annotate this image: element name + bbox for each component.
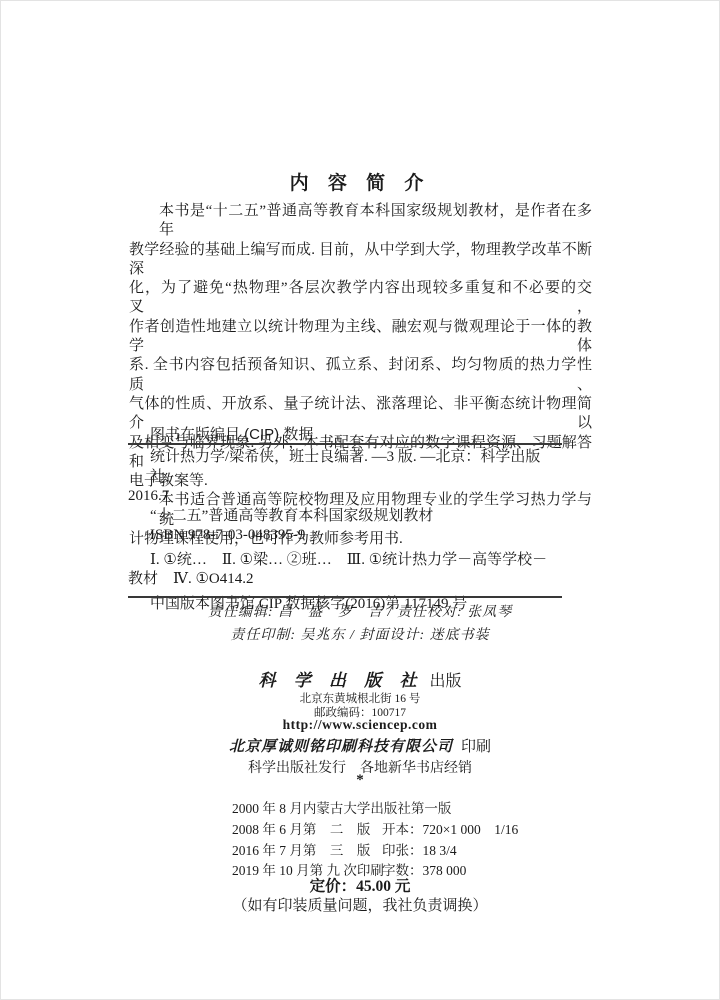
publisher-website: http://www.sciencep.com (0, 717, 720, 733)
intro-line: 作者创造性地建立以统计物理为主线、融宏观与微观理论于一体的教学体 (129, 318, 592, 357)
intro-line: 教学经验的基础上编写而成. 目前，从中学到大学，物理教学改革不断深 (129, 241, 592, 280)
cip-heading: 图书在版编目 (CIP) 数据 (150, 423, 313, 444)
edition-left: 2008 年 6 月第 二 版 (232, 822, 370, 837)
cip-line: 统计热力学/梁希侠，班士良编著. —3 版. —北京：科学出版社， (128, 448, 568, 487)
cip-rule-bottom (128, 596, 562, 598)
printer-name: 北京厚诚则铭印刷科技有限公司 (229, 739, 453, 755)
edition-right: 开本：720×1 000 1/16 (382, 818, 518, 838)
printer-line: 北京厚诚则铭印刷科技有限公司印刷 (0, 735, 720, 756)
page-title: 内 容 简 介 (0, 168, 720, 195)
cip-data-block: 统计热力学/梁希侠，班士良编著. —3 版. —北京：科学出版社， 2016.7… (128, 448, 568, 614)
book-copyright-page: 内 容 简 介 本书是“十二五”普通高等教育本科国家级规划教材，是作者在多年 教… (0, 0, 720, 1000)
intro-line: 系. 全书内容包括预备知识、孤立系、封闭系、均匀物质的热力学性质、 (129, 356, 592, 395)
edition-right: 印张：18 3/4 (382, 839, 457, 859)
quality-note: （如有印装质量问题，我社负责调换） (0, 894, 720, 915)
cip-line: “十二五”普通高等教育本科国家级规划教材 (128, 507, 568, 527)
intro-line: 本书是“十二五”普通高等教育本科国家级规划教材，是作者在多年 (129, 202, 592, 241)
edition-row: 2016 年 7 月第 三 版印张：18 3/4 (232, 839, 592, 859)
staff-print-line: 责任印制: 吴兆东 / 封面设计: 迷底书装 (0, 624, 720, 644)
edition-left: 2016 年 7 月第 三 版 (232, 843, 370, 858)
publisher-name: 科 学 出 版 社 (258, 671, 423, 690)
publish-suffix-label: 出版 (429, 673, 461, 690)
cip-classification-line: 教材 Ⅳ. ①O414.2 (128, 570, 568, 590)
intro-line: 化，为了避免“热物理”各层次教学内容出现较多重复和不必要的交叉， (129, 279, 592, 318)
staff-editors-line: 责任编辑: 昌 盛 罗 吉 / 责任校对: 张凤琴 (0, 601, 720, 621)
edition-row: 2008 年 6 月第 二 版开本：720×1 000 1/16 (232, 818, 592, 838)
printer-suffix-label: 印刷 (461, 739, 491, 755)
edition-row: 2000 年 8 月内蒙古大学出版社第一版 (232, 797, 592, 817)
separator-asterisk: * (0, 772, 720, 789)
cip-line: 2016.7 (128, 487, 568, 507)
cip-rule-top (128, 443, 562, 445)
cip-isbn-line: ISBN 978-7-03-048395-9 (128, 526, 568, 546)
price-line: 定价：45.00 元 (0, 874, 720, 896)
cip-classification-line: Ⅰ. ①统… Ⅱ. ①梁… ②班… Ⅲ. ①统计热力学－高等学校－ (128, 551, 568, 571)
publisher-name-line: 科 学 出 版 社出版 (0, 666, 720, 691)
edition-left: 2000 年 8 月内蒙古大学出版社第一版 (232, 801, 451, 816)
